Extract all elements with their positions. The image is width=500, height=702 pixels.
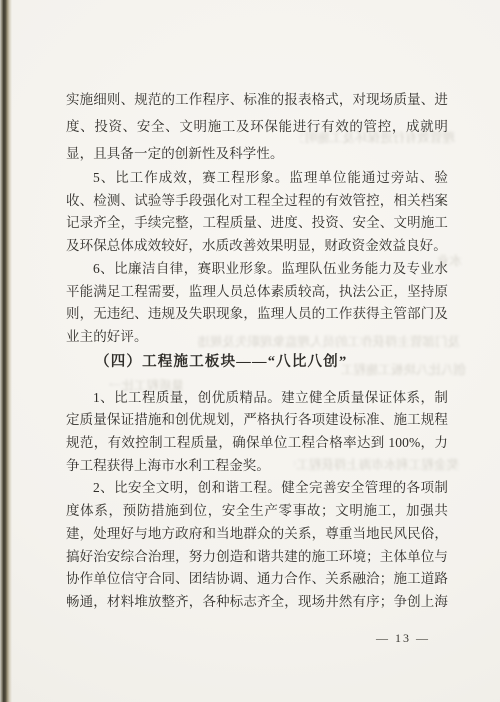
document-text: 实施细则、规范的工作程序、标准的报表格式，对现场质量、进度、投资、安全、文明施工… xyxy=(0,0,500,646)
body-paragraph: 2、比安全文明，创和谐工程。健全完善安全管理的各项制度体系，预防措施到位，安全生… xyxy=(66,477,448,613)
body-paragraph: 6、比廉洁自律，赛职业形象。监理队伍业务能力及专业水平能满足工程需要，监理人员总… xyxy=(66,258,448,349)
page-number: — 13 — xyxy=(66,631,448,646)
body-paragraph: 实施细则、规范的工作程序、标准的报表格式，对现场质量、进度、投资、安全、文明施工… xyxy=(66,86,448,167)
body-paragraph: 5、比工作成效，赛工程形象。监理单位能通过旁站、验收、检测、试验等手段强化对工程… xyxy=(66,167,448,258)
body-paragraph: 1、比工程质量，创优质精品。建立健全质量保证体系，制定质量保证措施和创优规划，严… xyxy=(66,387,448,478)
paragraph-container: 实施细则、规范的工作程序、标准的报表格式，对现场质量、进度、投资、安全、文明施工… xyxy=(66,86,448,614)
section-heading: （四）工程施工板块——“八比八创” xyxy=(66,351,448,374)
scanned-document-page: 理管效有行进保环及工施明文资投 水业 及门部管主得获作工的员人理监象现职失及规违… xyxy=(0,0,500,702)
